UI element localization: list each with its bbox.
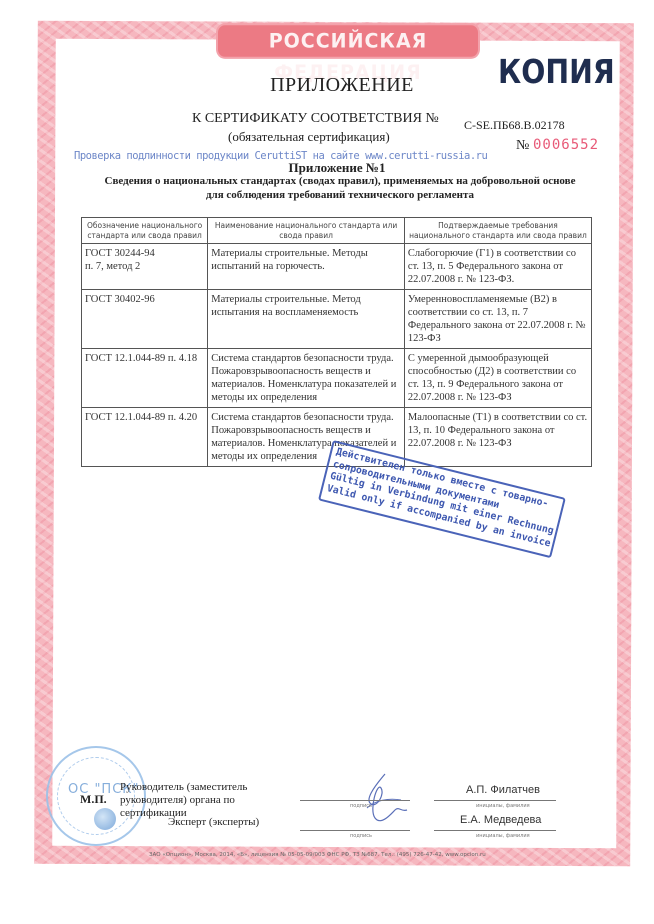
head-of-body-label-text: Руководитель (заместитель руководителя) …: [120, 781, 247, 819]
certification-type: (обязательная сертификация): [228, 129, 390, 145]
head-name: А.П. Филатчев: [466, 784, 540, 796]
cell-designation: ГОСТ 30244-94 п. 7, метод 2: [82, 244, 208, 290]
cell-requirements: Умеренновоспламеняемые (В2) в соответств…: [404, 290, 591, 349]
certificate-caption: К СЕРТИФИКАТУ СООТВЕТСТВИЯ №: [192, 111, 439, 127]
table-row: ГОСТ 30402-96 Материалы строительные. Ме…: [82, 290, 592, 349]
printer-footer: ЗАО «Опцион», Москва, 2014, «Б», лицензи…: [149, 852, 486, 858]
expert-name-line: [434, 830, 556, 831]
column-header-designation: Обозначение национального стандарта или …: [82, 218, 208, 244]
cell-requirements: С умеренной дымообразующей способностью …: [404, 349, 591, 408]
head-of-body-label: Руководитель (заместитель руководителя) …: [120, 781, 280, 820]
table-row: ГОСТ 30244-94 п. 7, метод 2 Материалы ст…: [82, 244, 592, 290]
form-number: 0006552: [533, 137, 599, 153]
column-header-name: Наименование национального стандарта или…: [208, 218, 405, 244]
head-signature-line: [300, 800, 410, 801]
cell-requirements: Слабогорючие (Г1) в соответствии со ст. …: [404, 244, 591, 290]
cell-designation: ГОСТ 12.1.044-89 п. 4.18: [82, 349, 208, 408]
table-header-row: Обозначение национального стандарта или …: [82, 218, 592, 244]
table-row: ГОСТ 12.1.044-89 п. 4.18 Система стандар…: [82, 349, 592, 408]
cell-name: Материалы строительные. Методы испытаний…: [208, 244, 405, 290]
head-name-line: [434, 800, 556, 801]
head-name-caption: инициалы, фамилия: [476, 803, 530, 809]
head-signature-caption: подпись: [350, 803, 372, 809]
expert-signature-caption: подпись: [350, 833, 372, 839]
seal-place-label: М.П.: [80, 792, 107, 807]
expert-name-caption: инициалы, фамилия: [476, 833, 530, 839]
country-banner: РОССИЙСКАЯ ФЕДЕРАЦИЯ: [218, 25, 478, 57]
globe-icon: [94, 808, 116, 830]
cell-designation: ГОСТ 30402-96: [82, 290, 208, 349]
appendix-description: Сведения о национальных стандартах (свод…: [100, 174, 580, 202]
cell-designation: ГОСТ 12.1.044-89 п. 4.20: [82, 408, 208, 467]
standards-table: Обозначение национального стандарта или …: [81, 217, 592, 467]
cell-requirements: Малоопасные (Т1) в соответствии со ст. 1…: [404, 408, 591, 467]
form-number-label: №: [516, 138, 529, 154]
expert-label: Эксперт (эксперты): [168, 816, 259, 828]
document-title: ПРИЛОЖЕНИЕ: [0, 74, 654, 97]
cell-name: Система стандартов безопасности труда. П…: [208, 349, 405, 408]
column-header-requirements: Подтверждаемые требования национального …: [404, 218, 591, 244]
certificate-number: C-SE.ПБ68.В.02178: [464, 118, 565, 133]
expert-name: Е.А. Медведева: [460, 814, 541, 826]
cell-name: Материалы строительные. Метод испытания …: [208, 290, 405, 349]
expert-signature-line: [300, 830, 410, 831]
